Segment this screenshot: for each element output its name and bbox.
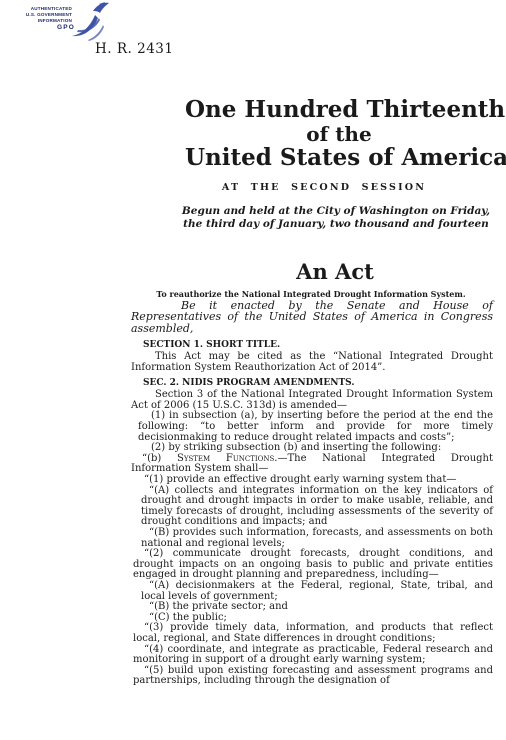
congress-title-line3: United States of America (185, 144, 493, 171)
gpo-authentication-logo: AUTHENTICATED U.S. GOVERNMENT INFORMATIO… (24, 3, 134, 45)
bill-number: H. R. 2431 (95, 41, 173, 57)
gpo-auth-line3: INFORMATION (24, 18, 72, 24)
convening-statement: Begun and held at the City of Washington… (155, 205, 506, 230)
quoted-subsection-b-prefix: “(b) (142, 453, 177, 464)
section-1-text: This Act may be cited as the “National I… (131, 352, 493, 373)
quoted-subparagraph-1B: “(B) provides such information, forecast… (141, 528, 493, 549)
convening-line1: Begun and held at the City of Washington… (155, 205, 506, 218)
quoted-paragraph-2: “(2) communicate drought forecasts, drou… (133, 549, 493, 581)
act-title: An Act (154, 259, 506, 284)
convening-line2: the third day of January, two thousand a… (155, 218, 506, 231)
bill-body: Be it enacted by the Senate and House of… (131, 300, 493, 687)
quoted-paragraph-3: “(3) provide timely data, information, a… (133, 623, 493, 644)
section-2-intro: Section 3 of the National Integrated Dro… (131, 390, 493, 411)
session-line: AT THE SECOND SESSION (143, 182, 505, 193)
section-2-heading: SEC. 2. NIDIS PROGRAM AMENDMENTS. (143, 378, 493, 389)
act-purpose: To reauthorize the National Integrated D… (130, 289, 492, 299)
amendment-clause-1: (1) in subsection (a), by inserting befo… (138, 411, 493, 443)
quoted-subsection-b-title: System Functions (177, 453, 274, 464)
enacting-clause: Be it enacted by the Senate and House of… (131, 300, 493, 334)
section-1-heading: SECTION 1. SHORT TITLE. (143, 340, 493, 351)
quoted-paragraph-5: “(5) build upon existing forecasting and… (133, 666, 493, 687)
quoted-subparagraph-1A: “(A) collects and integrates information… (141, 486, 493, 528)
quoted-subparagraph-2A: “(A) decisionmakers at the Federal, regi… (141, 581, 493, 602)
quoted-subsection-b: “(b) System Functions.—The National Inte… (131, 454, 493, 475)
gpo-authentication-text: AUTHENTICATED U.S. GOVERNMENT INFORMATIO… (24, 6, 72, 24)
congress-title-line1: One Hundred Thirteenth Congress (185, 96, 493, 123)
gpo-auth-line2: U.S. GOVERNMENT (24, 12, 72, 18)
enrolled-bill-page: AUTHENTICATED U.S. GOVERNMENT INFORMATIO… (0, 0, 506, 740)
quoted-paragraph-4: “(4) coordinate, and integrate as practi… (133, 645, 493, 666)
congress-title-line2: of the (185, 122, 493, 146)
